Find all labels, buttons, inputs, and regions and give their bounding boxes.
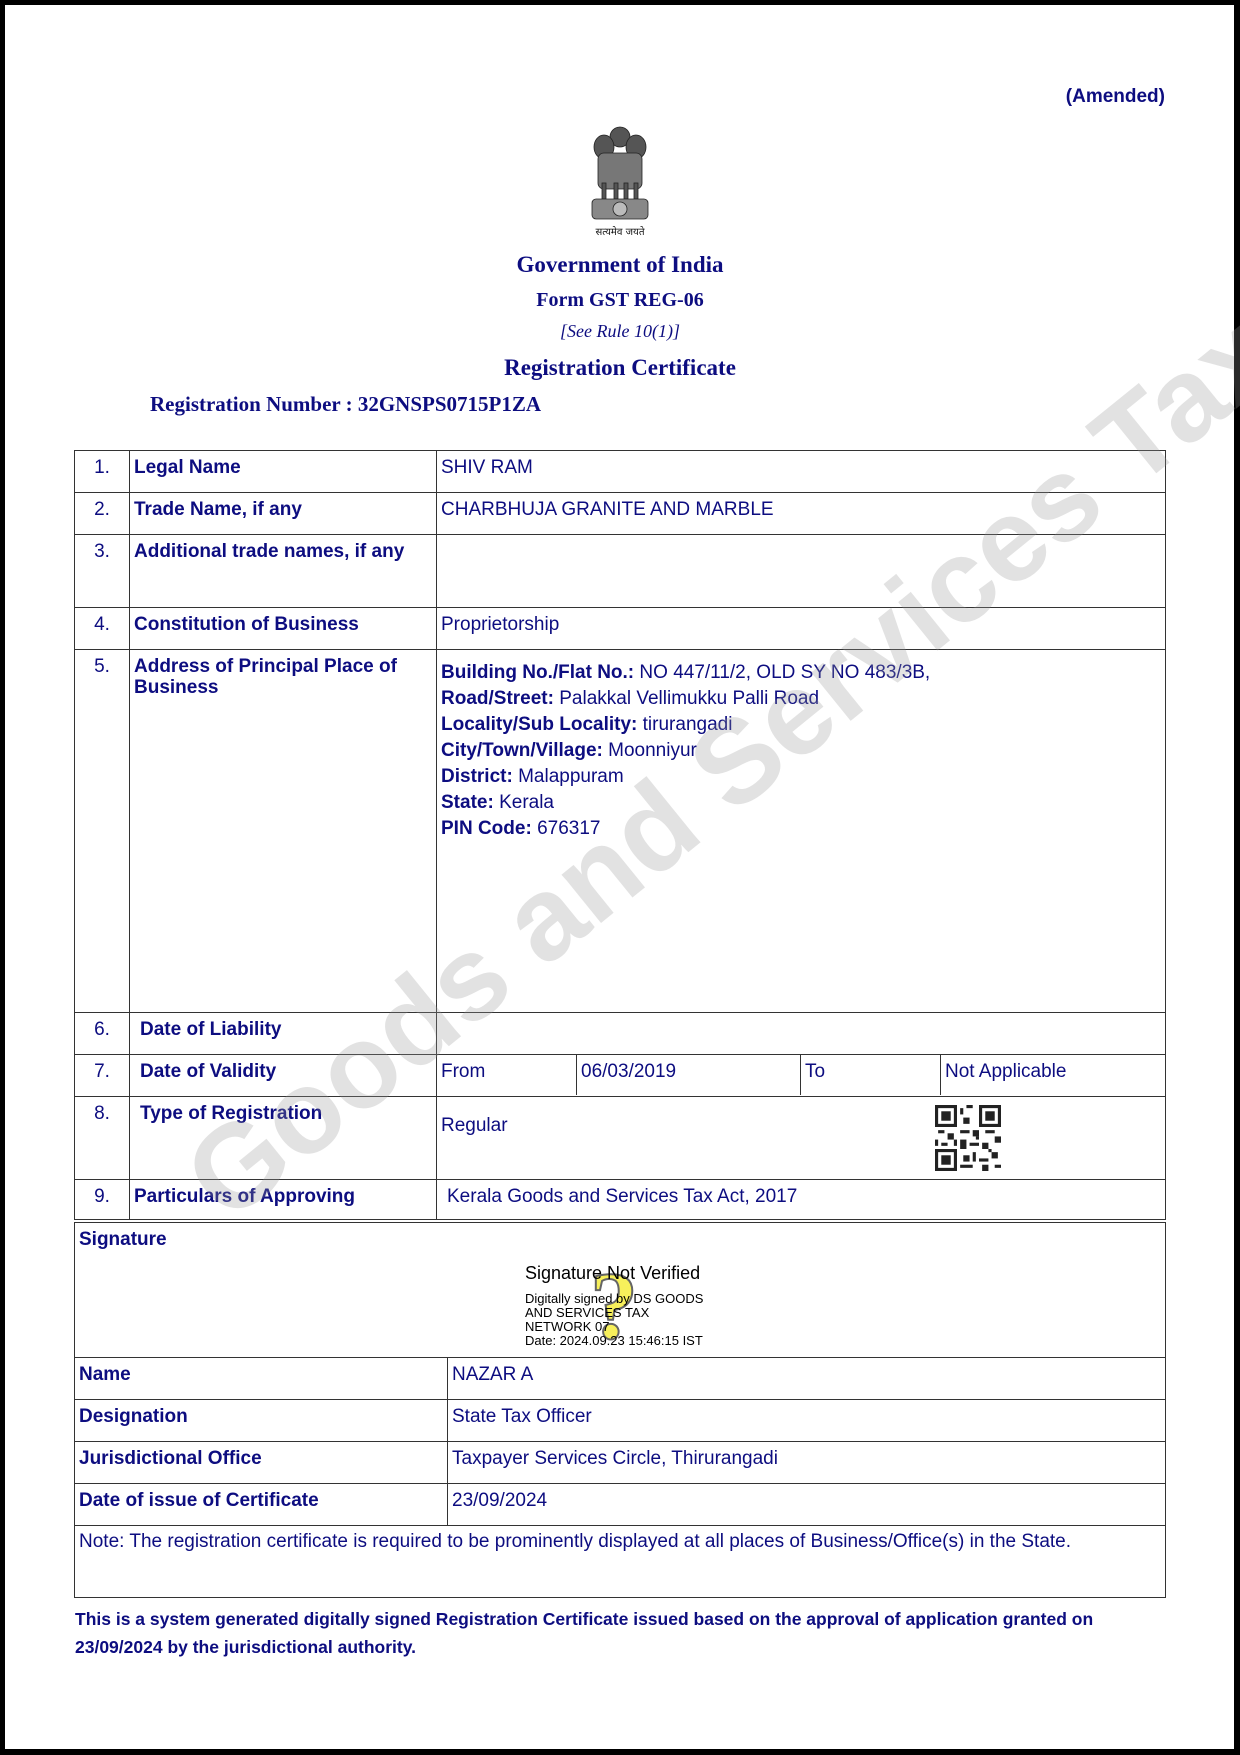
date-of-liability-value xyxy=(437,1013,1166,1055)
row-label: Date of Validity xyxy=(130,1055,437,1097)
table-row: 7. Date of Validity From 06/03/2019 To N… xyxy=(75,1055,1166,1097)
address-line: City/Town/Village: Moonniyur xyxy=(441,738,1161,764)
address-line: Locality/Sub Locality: tirurangadi xyxy=(441,712,1161,738)
officer-label: Name xyxy=(75,1358,448,1400)
row-label: Constitution of Business xyxy=(130,608,437,650)
designation-value: State Tax Officer xyxy=(448,1400,1166,1442)
row-label: Address of Principal Place of Business xyxy=(130,650,437,1013)
validity-to-label: To xyxy=(801,1055,941,1095)
table-row: 3. Additional trade names, if any xyxy=(75,535,1166,608)
registration-type-cell: Regular xyxy=(437,1097,1166,1180)
table-row: 2. Trade Name, if any CHARBHUJA GRANITE … xyxy=(75,493,1166,535)
row-label: Particulars of Approving xyxy=(130,1180,437,1220)
address-line: District: Malappuram xyxy=(441,764,1161,790)
row-number: 7. xyxy=(75,1055,130,1097)
constitution-value: Proprietorship xyxy=(437,608,1166,650)
officer-label: Jurisdictional Office xyxy=(75,1442,448,1484)
table-row: 9. Particulars of Approving Kerala Goods… xyxy=(75,1180,1166,1220)
amended-label: (Amended) xyxy=(1066,86,1165,108)
row-label: Legal Name xyxy=(130,451,437,493)
date-of-issue-value: 23/09/2024 xyxy=(448,1484,1166,1526)
row-number: 1. xyxy=(75,451,130,493)
row-number: 8. xyxy=(75,1097,130,1180)
note-row: Note: The registration certificate is re… xyxy=(75,1526,1166,1598)
system-generated-footer: This is a system generated digitally sig… xyxy=(75,1605,1175,1661)
signature-details: Digitally signed by DS GOODS AND SERVICE… xyxy=(525,1292,703,1348)
form-title: Form GST REG-06 xyxy=(0,289,1240,312)
validity-from-label: From xyxy=(437,1055,577,1095)
address-line: Building No./Flat No.: NO 447/11/2, OLD … xyxy=(441,660,1161,686)
validity-from-value: 06/03/2019 xyxy=(577,1055,801,1095)
officer-name-value: NAZAR A xyxy=(448,1358,1166,1400)
trade-name-value: CHARBHUJA GRANITE AND MARBLE xyxy=(437,493,1166,535)
registration-details-table: 1. Legal Name SHIV RAM 2. Trade Name, if… xyxy=(74,450,1166,1220)
row-number: 4. xyxy=(75,608,130,650)
address-line: PIN Code: 676317 xyxy=(441,816,1161,842)
qr-code-icon xyxy=(935,1105,1001,1171)
national-emblem-icon: सत्यमेव जयते xyxy=(582,123,658,239)
registration-type-value: Regular xyxy=(441,1115,1161,1137)
table-row: Designation State Tax Officer xyxy=(75,1400,1166,1442)
validity-to-value: Not Applicable xyxy=(941,1055,1166,1095)
registration-number-label: Registration Number : xyxy=(150,392,353,416)
validity-cell: From 06/03/2019 To Not Applicable xyxy=(437,1055,1166,1097)
digital-signature-block: Signature Not Verified Digitally signed … xyxy=(525,1263,703,1348)
legal-name-value: SHIV RAM xyxy=(437,451,1166,493)
table-row: 8. Type of Registration Regular xyxy=(75,1097,1166,1180)
table-row: Name NAZAR A xyxy=(75,1358,1166,1400)
row-label: Type of Registration xyxy=(130,1097,437,1180)
signature-label: Signature xyxy=(79,1229,167,1250)
note-text: Note: The registration certificate is re… xyxy=(75,1526,1166,1598)
jurisdictional-office-value: Taxpayer Services Circle, Thirurangadi xyxy=(448,1442,1166,1484)
row-number: 2. xyxy=(75,493,130,535)
table-row: Date of issue of Certificate 23/09/2024 xyxy=(75,1484,1166,1526)
table-row: 4. Constitution of Business Proprietorsh… xyxy=(75,608,1166,650)
officer-label: Designation xyxy=(75,1400,448,1442)
svg-text:सत्यमेव जयते: सत्यमेव जयते xyxy=(595,226,644,238)
address-value: Building No./Flat No.: NO 447/11/2, OLD … xyxy=(437,650,1166,1013)
additional-trade-names-value xyxy=(437,535,1166,608)
government-title: Government of India xyxy=(0,252,1240,278)
row-number: 9. xyxy=(75,1180,130,1220)
row-label: Date of Liability xyxy=(130,1013,437,1055)
row-label: Trade Name, if any xyxy=(130,493,437,535)
signature-status: Signature Not Verified xyxy=(525,1263,703,1284)
officer-label: Date of issue of Certificate xyxy=(75,1484,448,1526)
table-row: 6. Date of Liability xyxy=(75,1013,1166,1055)
row-number: 5. xyxy=(75,650,130,1013)
row-number: 3. xyxy=(75,535,130,608)
certificate-title: Registration Certificate xyxy=(0,355,1240,381)
row-label: Additional trade names, if any xyxy=(130,535,437,608)
table-row: 5. Address of Principal Place of Busines… xyxy=(75,650,1166,1013)
approving-particulars-value: Kerala Goods and Services Tax Act, 2017 xyxy=(437,1180,1166,1220)
address-line: Road/Street: Palakkal Vellimukku Palli R… xyxy=(441,686,1161,712)
registration-number: Registration Number : 32GNSPS0715P1ZA xyxy=(150,392,541,417)
rule-reference: [See Rule 10(1)] xyxy=(0,321,1240,342)
address-line: State: Kerala xyxy=(441,790,1161,816)
table-row: Jurisdictional Office Taxpayer Services … xyxy=(75,1442,1166,1484)
table-row: 1. Legal Name SHIV RAM xyxy=(75,451,1166,493)
row-number: 6. xyxy=(75,1013,130,1055)
registration-number-value: 32GNSPS0715P1ZA xyxy=(358,392,541,416)
